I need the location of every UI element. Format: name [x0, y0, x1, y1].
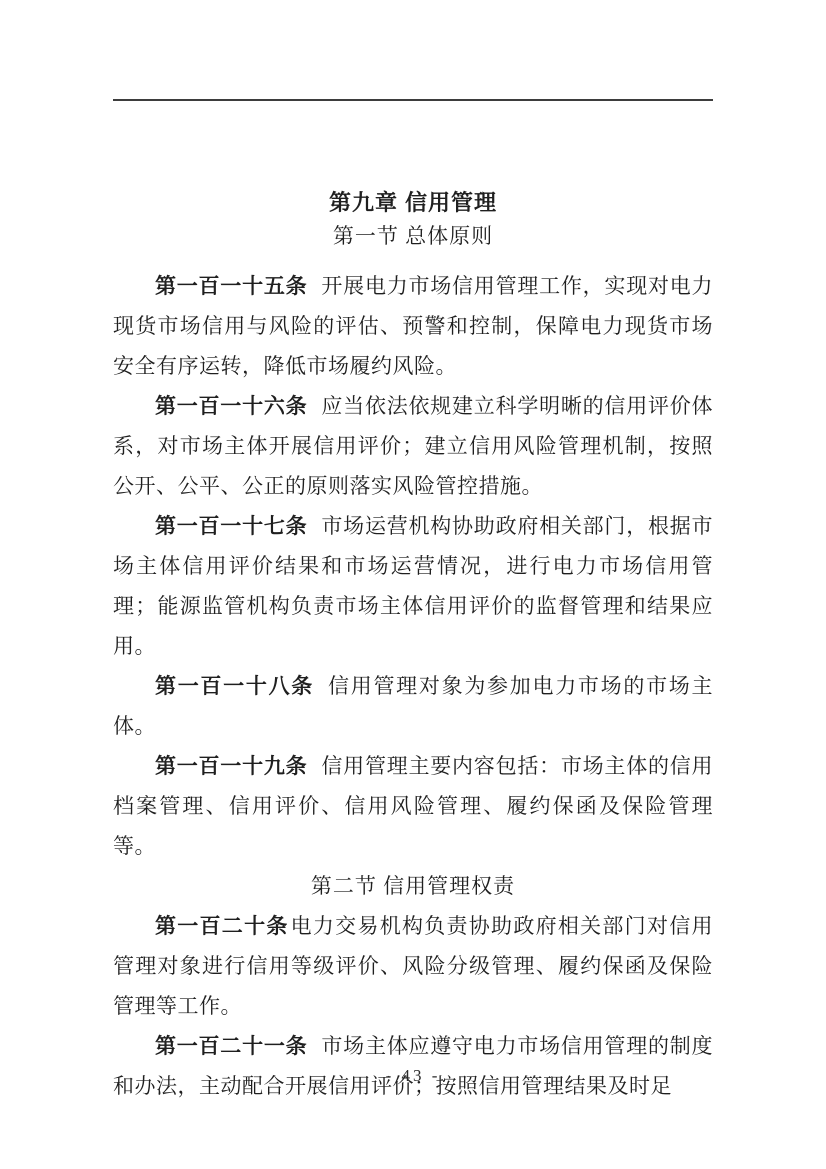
article-paragraph: 第一百一十九条信用管理主要内容包括：市场主体的信用档案管理、信用评价、信用风险管…	[113, 746, 713, 866]
article-paragraph: 第一百一十五条开展电力市场信用管理工作，实现对电力现货市场信用与风险的评估、预警…	[113, 266, 713, 386]
page-number: - 43 -	[0, 1066, 826, 1086]
article-paragraph: 第一百一十八条信用管理对象为参加电力市场的市场主体。	[113, 666, 713, 746]
chapter-title: 第九章 信用管理	[113, 0, 713, 216]
article-number: 第一百二十条	[155, 914, 289, 938]
article-paragraph: 第一百二十条电力交易机构负责协助政府相关部门对信用管理对象进行信用等级评价、风险…	[113, 906, 713, 1026]
article-paragraph: 第一百一十六条应当依法依规建立科学明晰的信用评价体系，对市场主体开展信用评价；建…	[113, 386, 713, 506]
article-paragraph: 第一百一十七条市场运营机构协助政府相关部门，根据市场主体信用评价结果和市场运营情…	[113, 506, 713, 666]
article-number: 第一百一十七条	[155, 514, 307, 538]
section-general-principles: 第一节 总体原则 第一百一十五条开展电力市场信用管理工作，实现对电力现货市场信用…	[113, 216, 713, 866]
article-number: 第一百一十八条	[155, 674, 314, 698]
document-page: { "chapter_title": "第九章 信用管理", "sections…	[0, 0, 826, 1169]
article-number: 第一百二十一条	[155, 1034, 307, 1058]
document-body: 第九章 信用管理 第一节 总体原则 第一百一十五条开展电力市场信用管理工作，实现…	[113, 0, 713, 1106]
article-number: 第一百一十六条	[155, 394, 307, 418]
article-number: 第一百一十九条	[155, 754, 307, 778]
section-heading: 第二节 信用管理权责	[113, 866, 713, 906]
section-heading: 第一节 总体原则	[113, 216, 713, 256]
article-number: 第一百一十五条	[155, 274, 307, 298]
